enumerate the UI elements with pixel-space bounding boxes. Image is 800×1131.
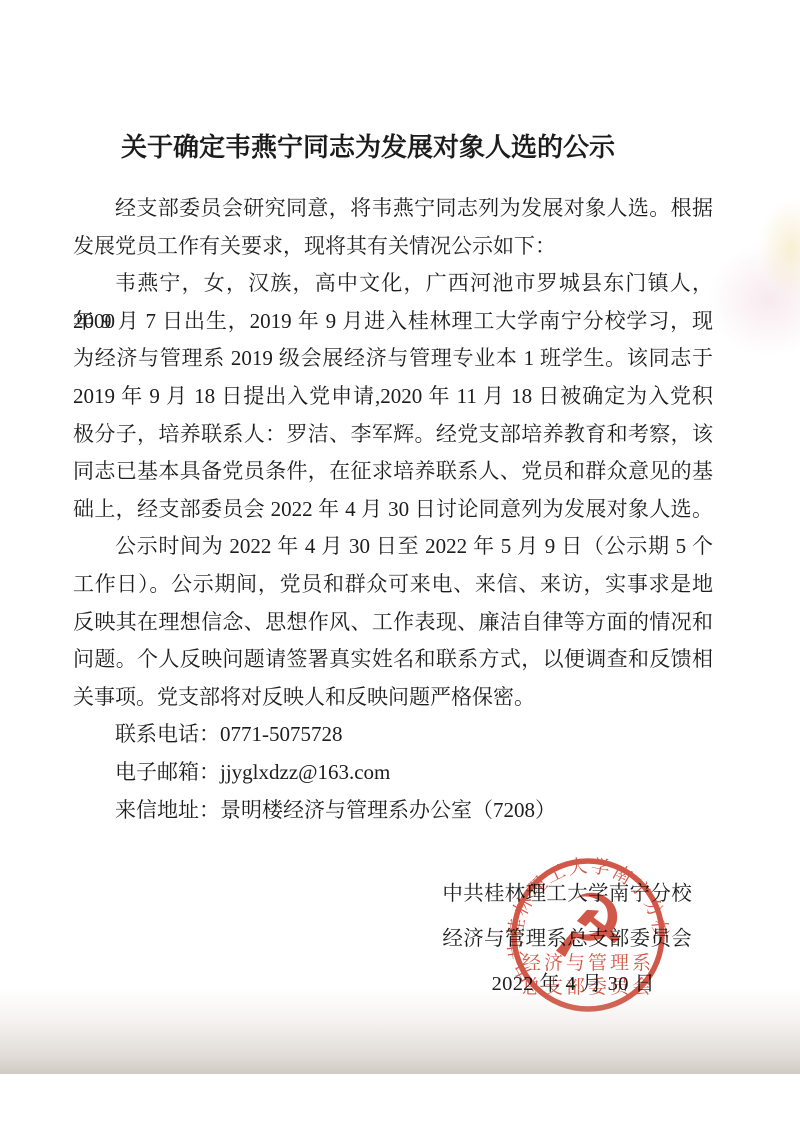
text-line: 电子邮箱：jjyglxdzz@163.com <box>73 754 713 792</box>
signature-org-line-1: 中共桂林理工大学南宁分校 <box>442 872 692 917</box>
text-line: 年 9 月 7 日出生，2019 年 9 月进入桂林理工大学南宁分校学习，现 <box>73 303 713 341</box>
scanned-notice-page: 关于确定韦燕宁同志为发展对象人选的公示 经支部委员会研究同意，将韦燕宁同志列为发… <box>0 0 800 1131</box>
text-line: 韦燕宁，女，汉族，高中文化，广西河池市罗城县东门镇人，2000 <box>73 265 713 303</box>
page-title: 关于确定韦燕宁同志为发展对象人选的公示 <box>48 127 688 164</box>
text-line: 发展党员工作有关要求，现将其有关情况公示如下： <box>73 228 713 266</box>
text-line: 关事项。党支部将对反映人和反映问题严格保密。 <box>73 679 713 717</box>
signature-block: 中共桂林理工大学南宁分校 经济与管理系总支部委员会 2022 年 4 月 30 … <box>442 872 692 1007</box>
text-line: 反映其在理想信念、思想作风、工作表现、廉洁自律等方面的情况和 <box>73 604 713 642</box>
text-line: 联系电话：0771-5075728 <box>73 716 713 754</box>
text-line: 来信地址：景明楼经济与管理系办公室（7208） <box>73 792 713 830</box>
text-line: 问题。个人反映问题请签署真实姓名和联系方式，以便调查和反馈相 <box>73 641 713 679</box>
signature-org-line-2: 经济与管理系总支部委员会 <box>442 917 692 962</box>
signature-date: 2022 年 4 月 30 日 <box>442 962 692 1007</box>
text-line: 为经济与管理系 2019 级会展经济与管理专业本 1 班学生。该同志于 <box>73 340 713 378</box>
text-line: 经支部委员会研究同意，将韦燕宁同志列为发展对象人选。根据 <box>73 190 713 228</box>
notice-body: 经支部委员会研究同意，将韦燕宁同志列为发展对象人选。根据发展党员工作有关要求，现… <box>73 190 713 829</box>
text-line: 极分子，培养联系人：罗洁、李军辉。经党支部培养教育和考察，该 <box>73 416 713 454</box>
text-line: 同志已基本具备党员条件，在征求培养联系人、党员和群众意见的基 <box>73 453 713 491</box>
text-line: 公示时间为 2022 年 4 月 30 日至 2022 年 5 月 9 日（公示… <box>73 528 713 566</box>
text-line: 础上，经支部委员会 2022 年 4 月 30 日讨论同意列为发展对象人选。 <box>73 491 713 529</box>
text-line: 工作日）。公示期间，党员和群众可来电、来信、来访，实事求是地 <box>73 566 713 604</box>
text-line: 2019 年 9 月 18 日提出入党申请,2020 年 11 月 18 日被确… <box>73 378 713 416</box>
